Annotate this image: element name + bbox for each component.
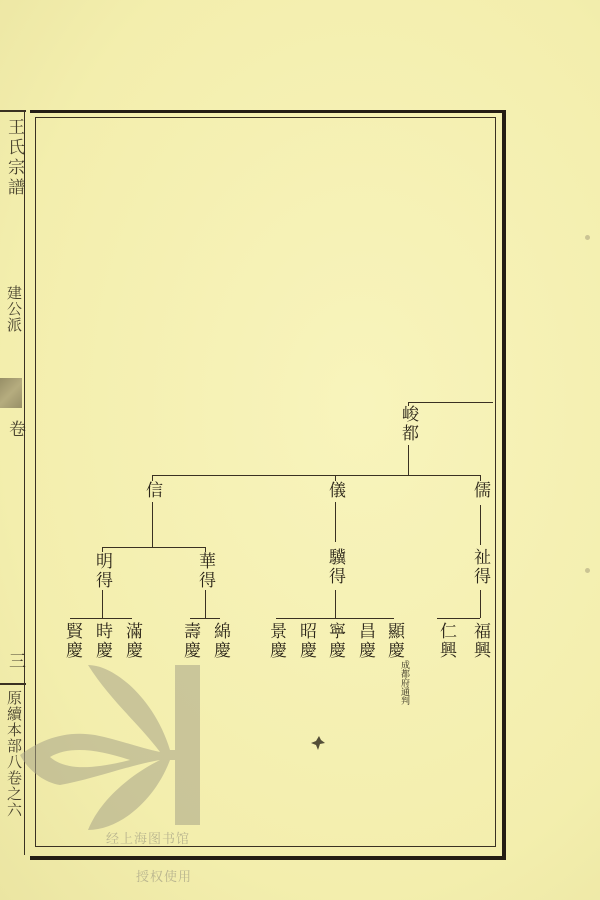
tree-node-gen4-xianqing: 顯慶 bbox=[385, 622, 402, 660]
tree-node-gen4-manqing: 滿慶 bbox=[123, 622, 140, 660]
library-watermark-logo-icon bbox=[20, 660, 220, 830]
hua-down bbox=[205, 590, 206, 618]
hua-children-line bbox=[190, 618, 220, 619]
tree-node-gen4-shouqing: 壽慶 bbox=[181, 622, 198, 660]
ming-down bbox=[102, 590, 103, 618]
tree-node-gen3-zhide: 祉得 bbox=[471, 548, 488, 586]
spine-ornament bbox=[0, 378, 22, 408]
tree-node-gen3-huade: 華得 bbox=[196, 552, 213, 590]
tree-node-gen2-xin: 信 bbox=[143, 481, 160, 500]
zhi-down bbox=[480, 590, 481, 618]
spine-branch: 建公派 bbox=[4, 285, 25, 333]
tree-node-root: 峻都 bbox=[399, 405, 416, 443]
paper-speck bbox=[585, 568, 590, 573]
tree-node-gen2-yi: 儀 bbox=[326, 481, 343, 500]
spine-rule-top bbox=[0, 110, 26, 112]
tree-node-gen3-mingde: 明得 bbox=[93, 552, 110, 590]
tree-node-gen4-zhaoqing: 昭慶 bbox=[297, 622, 314, 660]
tree-node-gen2-ru: 儒 bbox=[471, 481, 488, 500]
ink-smudge bbox=[310, 735, 326, 751]
tree-node-gen4-xianqing2: 賢慶 bbox=[63, 622, 80, 660]
watermark-line2: 授权使用 bbox=[136, 866, 192, 885]
tree-node-gen4-xianqing-note: 成都府通判 bbox=[399, 660, 408, 705]
zhi-children-line bbox=[437, 618, 480, 619]
ji-down bbox=[335, 590, 336, 618]
tree-node-gen4-shiqing: 時慶 bbox=[93, 622, 110, 660]
tree-node-gen4-fuxing: 福興 bbox=[471, 622, 488, 660]
spine-title: 王氏宗譜 bbox=[2, 118, 27, 198]
paper-speck bbox=[585, 235, 590, 240]
tree-node-gen4-renxing: 仁興 bbox=[437, 622, 454, 660]
ming-children-line bbox=[70, 618, 132, 619]
root-top-line bbox=[408, 402, 493, 403]
tree-node-gen4-changqing: 昌慶 bbox=[356, 622, 373, 660]
tree-node-gen4-jingqing: 景慶 bbox=[267, 622, 284, 660]
xin-children-line bbox=[102, 547, 205, 548]
xin-down bbox=[152, 502, 153, 547]
yi-down bbox=[335, 502, 336, 542]
ji-children-line bbox=[276, 618, 394, 619]
tree-node-gen3-jide: 驥得 bbox=[326, 548, 343, 586]
root-down-line bbox=[408, 445, 409, 475]
watermark-line1: 经上海图书馆 bbox=[106, 828, 190, 847]
tree-node-gen4-ningqing: 寧慶 bbox=[326, 622, 343, 660]
tree-node-gen4-mianqing: 綿慶 bbox=[211, 622, 228, 660]
gen2-horizontal bbox=[152, 475, 480, 476]
spine-volume-marker: 卷 bbox=[3, 420, 28, 440]
ru-down bbox=[480, 505, 481, 545]
